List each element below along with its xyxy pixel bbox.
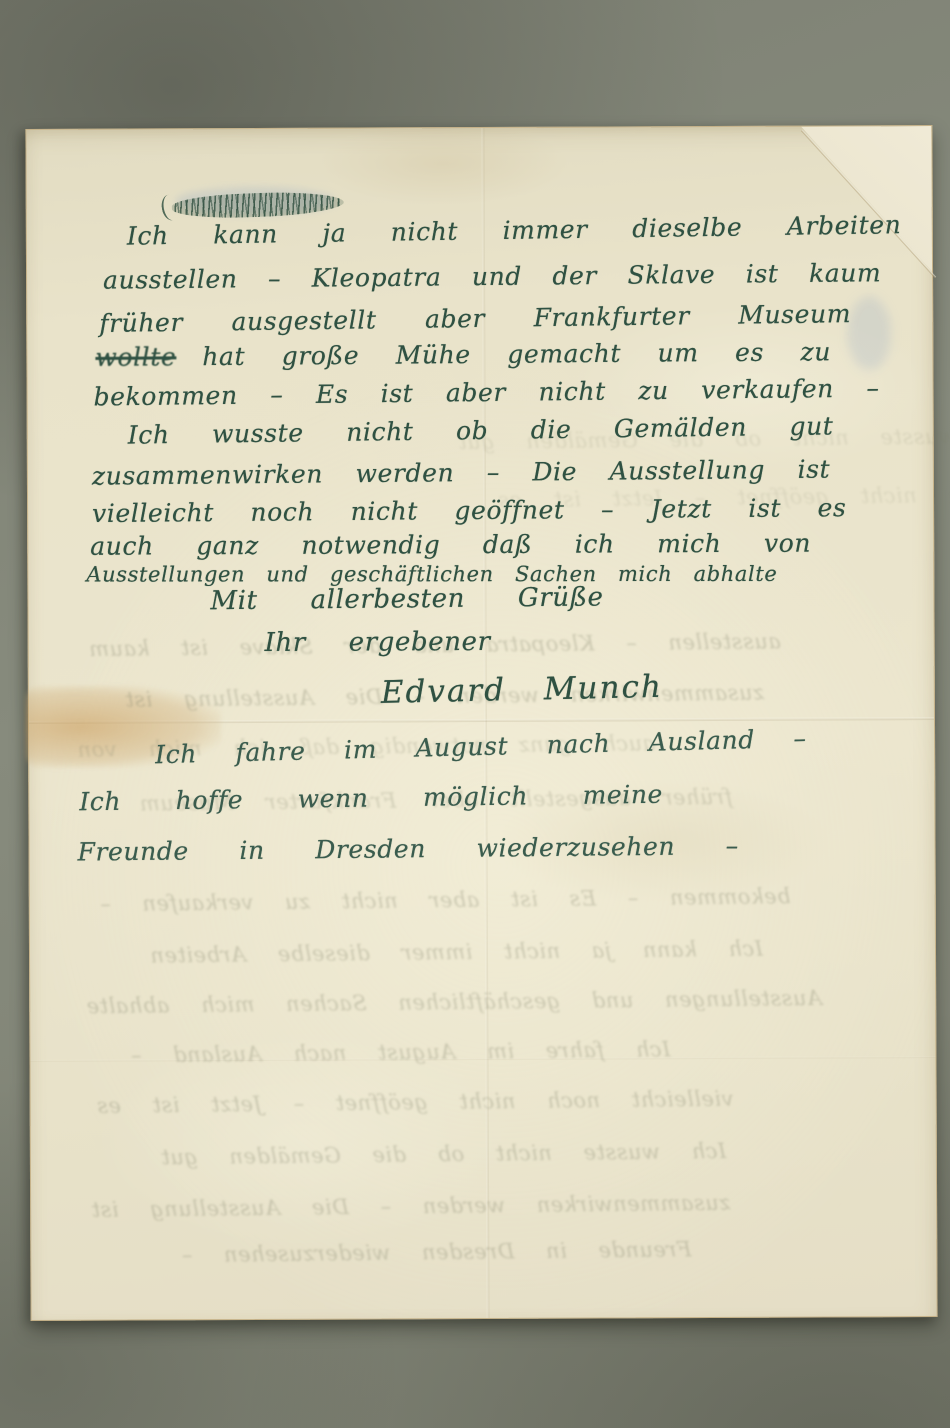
letter-line: wolltehat große Mühe gemacht um es zu bbox=[95, 337, 831, 372]
ink-showthrough-line: vielleicht noch nicht geöffnet – Jetzt i… bbox=[97, 1087, 734, 1118]
letter-line: ausstellen – Kleopatra und der Sklave is… bbox=[103, 258, 881, 294]
signature: Edvard Munch bbox=[380, 669, 663, 711]
letter-line-text: hat große Mühe gemacht um es zu bbox=[202, 337, 831, 371]
letter-sheet: Ich wusste nicht ob die Gemälden gut vie… bbox=[25, 125, 937, 1321]
closing-line: Ihr ergebener bbox=[265, 627, 491, 658]
ink-showthrough-line: bekommen – Es ist aber nicht zu verkaufe… bbox=[100, 884, 791, 916]
letter-line: vielleicht noch nicht geöffnet – Jetzt i… bbox=[92, 493, 847, 528]
ink-showthrough-line: Freunde in Dresden wiederzusehen – bbox=[181, 1237, 691, 1267]
ink-smudge bbox=[847, 296, 891, 370]
photo-backdrop: Ich wusste nicht ob die Gemälden gut vie… bbox=[0, 0, 950, 1428]
valediction-line: Mit allerbesten Grüße bbox=[210, 582, 603, 616]
ink-showthrough-line: Ich fahre im August nach Ausland – bbox=[130, 1037, 670, 1067]
postscript-line: Ich fahre im August nach Ausland – bbox=[155, 724, 807, 769]
ink-showthrough-line: zusammenwirken werden – Die Ausstellung … bbox=[91, 1191, 730, 1222]
crossed-out-word: wollte bbox=[95, 342, 176, 372]
postscript-line: Freunde in Dresden wiederzusehen – bbox=[77, 831, 738, 866]
letter-line: auch ganz notwendig daß ich mich von bbox=[90, 529, 811, 561]
letter-line: bekommen – Es ist aber nicht zu verkaufe… bbox=[93, 374, 879, 412]
postscript-line: Ich hoffe wenn möglich meine bbox=[79, 780, 663, 817]
letter-line: Ausstellungen und geschäftlichen Sachen … bbox=[86, 562, 777, 587]
letter-line: früher ausgestellt aber Frankfurter Muse… bbox=[99, 299, 851, 338]
ink-showthrough-line: Ausstellungen und geschäftlichen Sachen … bbox=[86, 986, 822, 1018]
ink-showthrough-line: Ich kann ja nicht immer dieselbe Arbeite… bbox=[150, 937, 763, 968]
ink-showthrough-line: Ich wusste nicht ob die Gemälden gut bbox=[161, 1139, 727, 1169]
